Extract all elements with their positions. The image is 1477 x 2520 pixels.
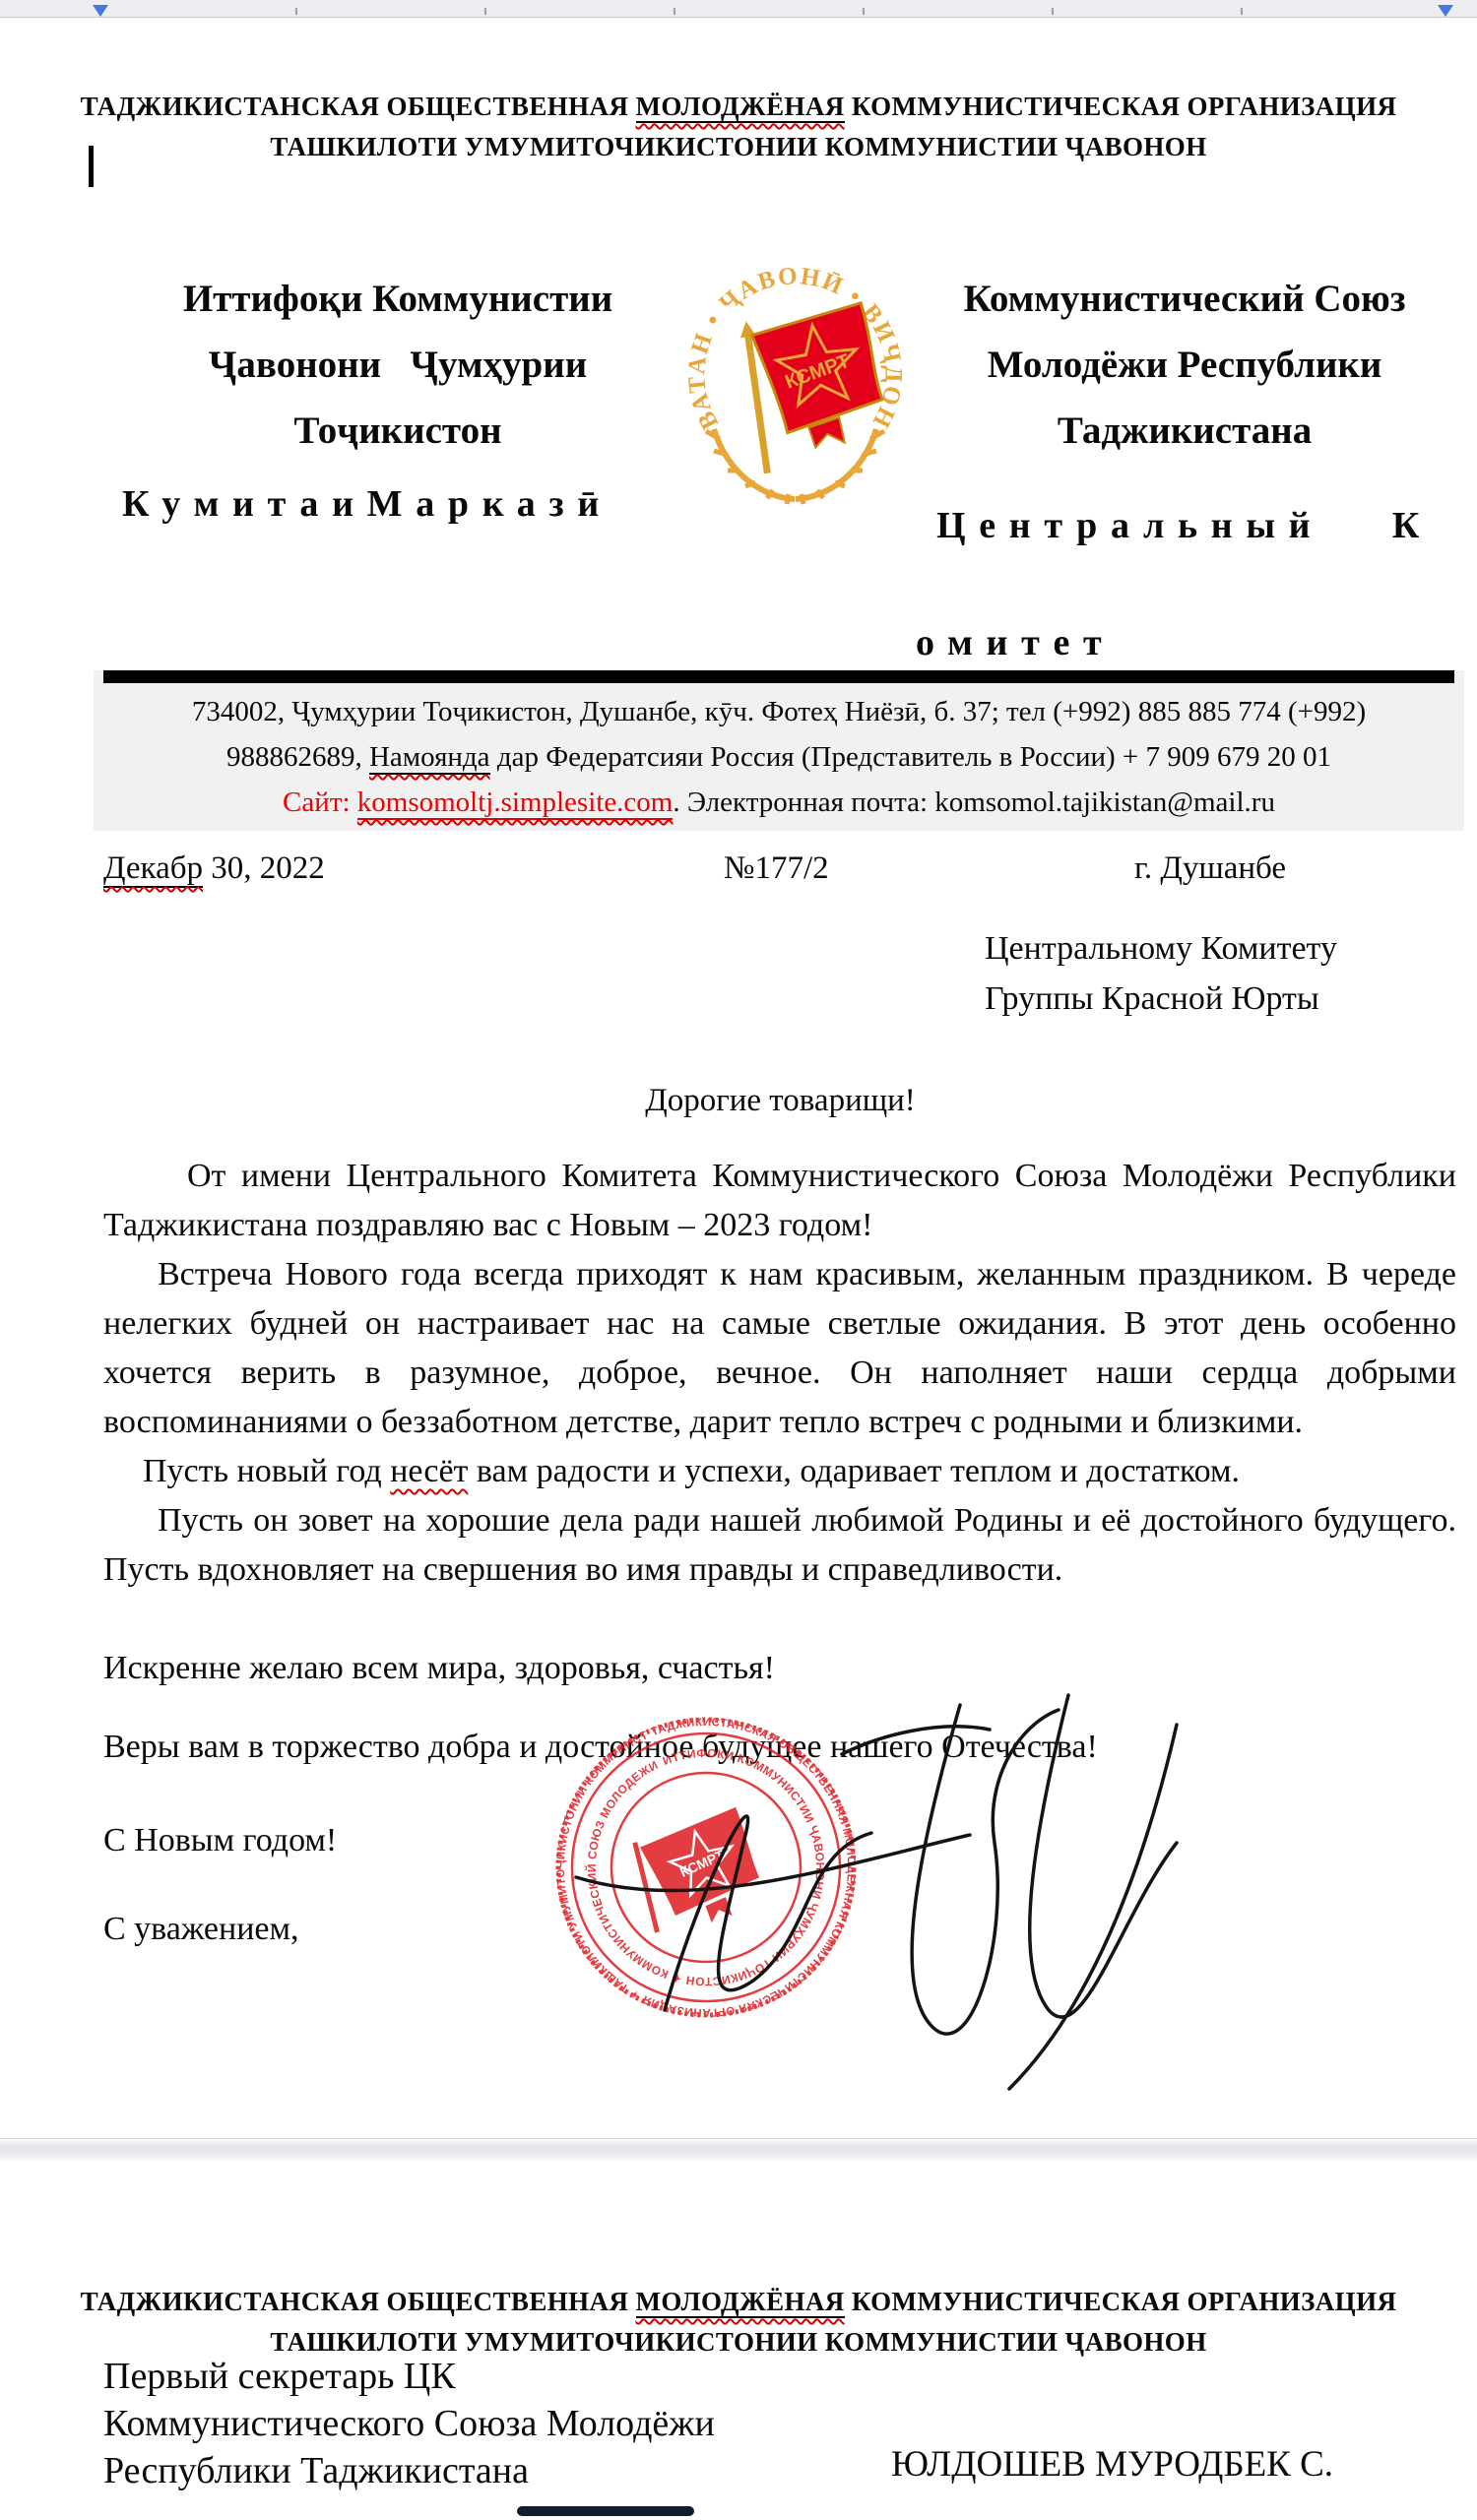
org-header-page2: ТАДЖИКИСТАНСКАЯ ОБЩЕСТВЕННАЯ МОЛОДЖЁНАЯ … — [61, 2282, 1416, 2362]
contact-block: 734002, Ҷумҳурии Тоҷикистон, Душанбе, кӯ… — [94, 670, 1464, 831]
org-header-line1: ТАДЖИКИСТАНСКАЯ ОБЩЕСТВЕННАЯ МОЛОДЖЁНАЯ … — [61, 2282, 1416, 2322]
masthead-left: Иттифоқи Коммунистии Ҷавонони Ҷумҳурии Т… — [116, 266, 679, 537]
komsomol-emblem-logo: ВАТАН • ҶАВОНӢ • ВИҶДОН КСМРТ — [684, 236, 906, 512]
address-line2-post: дар Федератсияи Россия (Представитель в … — [490, 741, 1331, 773]
misspelled-word: несёт — [390, 1453, 468, 1489]
masthead-left-line2: Ҷавонони Ҷумҳурии — [116, 332, 679, 398]
signatory-name: ЮЛДОШЕВ МУРОДБЕК С. — [891, 2443, 1333, 2486]
paragraph-3-post: вам радости и успехи, одаривает теплом и… — [468, 1453, 1240, 1489]
masthead-left-line4: КумитаиМарказӣ — [116, 472, 679, 537]
page-break-gap — [0, 2138, 1477, 2162]
misspelled-word: МОЛОДЖЁНАЯ — [636, 2287, 845, 2318]
email-text: . Электронная почта: komsomol.tajikistan… — [673, 787, 1275, 818]
signature-title-block: Первый секретарь ЦК Коммунистического Со… — [103, 2353, 715, 2494]
addressee-line1: Центральному Комитету — [985, 923, 1337, 974]
laurel-wreath — [706, 429, 884, 504]
misspelled-word: Намоянда — [369, 741, 490, 775]
org-header-line1-post: КОММУНИСТИЧЕСКАЯ ОРГАНИЗАЦИЯ — [845, 2287, 1397, 2316]
site-label: Сайт: — [283, 787, 357, 818]
home-indicator-bar — [517, 2506, 694, 2516]
masthead-right: Коммунистический Союз Молодёжи Республик… — [908, 266, 1461, 676]
letter-number: №177/2 — [724, 850, 829, 887]
ruler-tick — [484, 8, 486, 15]
text-cursor — [89, 146, 94, 187]
ruler-tick — [1052, 8, 1054, 15]
masthead-right-line4: Центральный К — [908, 493, 1461, 559]
horizontal-rule — [103, 670, 1454, 683]
ruler-tick — [295, 8, 297, 15]
ruler-tick — [863, 8, 865, 15]
address-line2-pre: 988862689, — [226, 741, 369, 773]
misspelled-word: МОЛОДЖЁНАЯ — [636, 92, 845, 123]
org-header-line1-pre: ТАДЖИКИСТАНСКАЯ ОБЩЕСТВЕННАЯ — [81, 2287, 636, 2316]
signature-title-line3: Республики Таджикистана — [103, 2447, 715, 2494]
handwritten-signature — [546, 1685, 1315, 2109]
letter-date: Декабр 30, 2022 — [103, 850, 325, 887]
org-header-page1: ТАДЖИКИСТАНСКАЯ ОБЩЕСТВЕННАЯ МОЛОДЖЁНАЯ … — [61, 87, 1416, 167]
ruler-left-indent-marker[interactable] — [93, 5, 108, 17]
letter-city: г. Душанбе — [1134, 850, 1286, 887]
masthead-right-line3: Таджикистана — [908, 398, 1461, 464]
paragraph-3-pre: Пусть новый год — [143, 1453, 390, 1489]
paragraph-1: От имени Центрального Комитета Коммунист… — [103, 1152, 1456, 1250]
paragraph-2: Встреча Нового года всегда приходят к на… — [103, 1250, 1456, 1447]
ruler — [0, 0, 1477, 18]
org-header-line1-pre: ТАДЖИКИСТАНСКАЯ ОБЩЕСТВЕННАЯ — [81, 92, 636, 121]
ruler-tick — [1241, 8, 1243, 15]
signature-title-line1: Первый секретарь ЦК — [103, 2353, 715, 2400]
salutation: Дорогие товарищи! — [103, 1083, 1457, 1119]
signature-title-line2: Коммунистического Союза Молодёжи — [103, 2400, 715, 2447]
org-header-line2: ТАШКИЛОТИ УМУМИТОЧИКИСТОНИИ КОММУНИСТИИ … — [61, 127, 1416, 167]
address-line2: 988862689, Намоянда дар Федератсияи Росс… — [94, 734, 1464, 780]
addressee-block: Центральному Комитету Группы Красной Юрт… — [985, 923, 1337, 1024]
org-header-line1-post: КОММУНИСТИЧЕСКАЯ ОРГАНИЗАЦИЯ — [845, 92, 1397, 121]
masthead-left-line1: Иттифоқи Коммунистии — [116, 266, 679, 332]
masthead-right-line2: Молодёжи Республики — [908, 332, 1461, 398]
site-link[interactable]: komsomoltj.simplesite.com — [357, 787, 674, 820]
addressee-line2: Группы Красной Юрты — [985, 974, 1337, 1024]
org-header-line1: ТАДЖИКИСТАНСКАЯ ОБЩЕСТВЕННАЯ МОЛОДЖЁНАЯ … — [61, 87, 1416, 127]
masthead-right-line1: Коммунистический Союз — [908, 266, 1461, 332]
paragraph-3: Пусть новый год несёт вам радости и успе… — [103, 1447, 1456, 1496]
ruler-tick — [674, 8, 675, 15]
address-line1: 734002, Ҷумҳурии Тоҷикистон, Душанбе, кӯ… — [94, 689, 1464, 734]
site-email-line: Сайт: komsomoltj.simplesite.com. Электро… — [94, 780, 1464, 825]
misspelled-word: Декабр — [103, 850, 203, 888]
letter-date-rest: 30, 2022 — [203, 850, 325, 886]
masthead-left-line3: Тоҷикистон — [116, 398, 679, 464]
masthead-right-line5: омитет — [908, 610, 1461, 676]
ruler-right-indent-marker[interactable] — [1438, 5, 1453, 17]
paragraph-4: Пусть он зовет на хорошие дела ради наше… — [103, 1496, 1456, 1595]
